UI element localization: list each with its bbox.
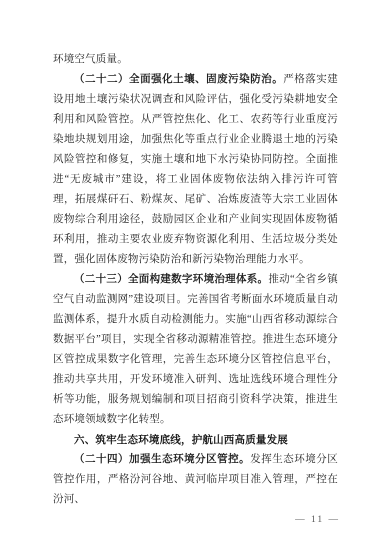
paragraph-item-24: （二十四）加强生态环境分区管控。发挥生态环境分区管控作用，严格汾河谷地、黄河临岸…	[53, 450, 338, 510]
document-page: 环境空气质量。 （二十二）全面强化土壤、固废污染防治。严格落实建设用地土壤污染状…	[0, 0, 390, 551]
paragraph-item-22-lead: （二十二）全面强化土壤、固废污染防治。	[74, 74, 283, 85]
page-number: — 11 —	[295, 515, 340, 525]
text-block: 环境空气质量。 （二十二）全面强化土壤、固废污染防治。严格落实建设用地土壤污染状…	[53, 50, 338, 510]
paragraph-item-24-lead: （二十四）加强生态环境分区管控。	[74, 454, 250, 465]
paragraph-item-22-text: 严格落实建设用地土壤污染状况调查和风险评估，强化受污染耕地安全利用和风险管控。从…	[53, 74, 338, 265]
paragraph-item-22: （二十二）全面强化土壤、固废污染防治。严格落实建设用地土壤污染状况调查和风险评估…	[53, 70, 338, 270]
paragraph-item-23-lead: （二十三）全面构建数字环境治理体系。	[74, 274, 268, 285]
paragraph-item-23-text: 推动“全省乡镇空气自动监测网”建设项目。完善国省考断面水环境质量自动监测体系，提…	[53, 274, 338, 425]
paragraph-continuation: 环境空气质量。	[53, 50, 338, 70]
section-heading-6: 六、筑牢生态环境底线，护航山西高质量发展	[53, 430, 338, 450]
paragraph-item-23: （二十三）全面构建数字环境治理体系。推动“全省乡镇空气自动监测网”建设项目。完善…	[53, 270, 338, 430]
